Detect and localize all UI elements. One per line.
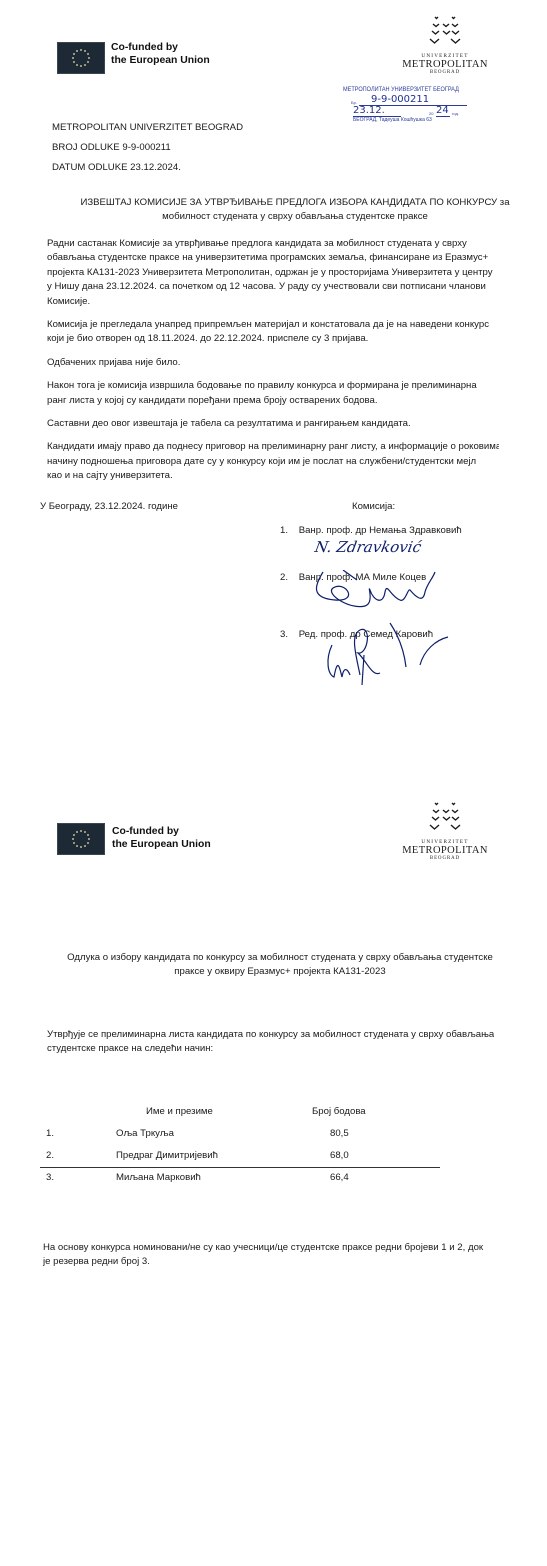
header-name: Име и презиме — [146, 1106, 213, 1117]
cell-points: 80,5 — [330, 1128, 349, 1139]
institution-name: METROPOLITAN UNIVERZITET BEOGRAD — [52, 121, 243, 136]
paragraph: Саставни део овог извештаја је табела са… — [47, 417, 499, 431]
cell-points: 66,4 — [330, 1172, 349, 1183]
decision-title-line1: Одлука о избору кандидата по конкурсу за… — [40, 951, 520, 965]
cell-name: Оља Тркуља — [116, 1128, 174, 1139]
member-name: Ванр. проф. др Немања Здравковић — [299, 525, 462, 536]
member-number: 1. — [280, 525, 288, 536]
intro-line2: студентске праксе на следећи начин: — [47, 1042, 494, 1056]
report-title: ИЗВЕШТАЈ КОМИСИЈЕ ЗА УТВРЂИВАЊЕ ПРЕДЛОГА… — [60, 196, 530, 224]
paragraph-line: Комисија је прегледала унапред припремље… — [47, 318, 499, 332]
cell-name: Миљана Марковић — [116, 1172, 201, 1183]
paragraph-line: ранг листа у којој су кандидати поређани… — [47, 394, 499, 408]
stamp-year-suffix: год. — [452, 111, 459, 116]
decision-conclusion: На основу конкурса номиновани/не су као … — [43, 1241, 483, 1270]
paragraph-line: као и на сајту универзитета. — [47, 469, 499, 483]
registry-stamp: МЕТРОПОЛИТАН УНИВЕРЗИТЕТ БЕОГРАД Бр. 9-9… — [343, 86, 483, 123]
paragraph: Након тога је комисија извршила бодовање… — [47, 379, 499, 408]
paragraph-line: Саставни део овог извештаја је табела са… — [47, 417, 499, 431]
decision-date: DATUM ODLUKE 23.12.2024. — [52, 161, 181, 176]
paragraph-line: начину подношења приговора дате су у кон… — [47, 455, 499, 469]
cell-num: 2. — [46, 1150, 54, 1161]
table-row: 2.Предраг Димитријевић68,0 — [44, 1150, 444, 1166]
report-title-line2: мобилност студената у сврху обављања сту… — [60, 210, 530, 224]
eu-flag-icon — [57, 823, 105, 855]
decision-title-line2: праксе у оквиру Еразмус+ пројекта КА131-… — [40, 965, 520, 979]
cell-points: 68,0 — [330, 1150, 349, 1161]
eu-text-line2: the European Union — [112, 839, 211, 852]
paragraph-line: у Нишу дана 23.12.2024. са почетком од 1… — [47, 280, 499, 294]
chevrons-icon — [415, 800, 475, 834]
eu-flag-icon — [57, 42, 105, 74]
member-number: 3. — [280, 629, 288, 640]
paragraph-line: обављања студентске праксе на универзите… — [47, 251, 499, 265]
paragraph: Комисија је прегледала унапред припремље… — [47, 318, 499, 347]
university-logo: UNIVERZITET METROPOLITAN BEOGRAD — [395, 800, 495, 861]
stamp-header: МЕТРОПОЛИТАН УНИВЕРЗИТЕТ БЕОГРАД — [343, 86, 469, 93]
eu-text-line2: the European Union — [111, 55, 210, 68]
signature-2 — [305, 570, 455, 620]
chevrons-icon — [415, 14, 475, 48]
table-row: 1.Оља Тркуља80,5 — [44, 1128, 444, 1144]
paragraph-line: Одбачених пријава није било. — [47, 356, 499, 370]
logo-city-text: BEOGRAD — [395, 856, 495, 861]
paragraph-line: који је био отворен од 18.11.2024. до 22… — [47, 332, 499, 346]
paragraph: Одбачених пријава није било. — [47, 356, 499, 370]
intro-line1: Утврђује се прелиминарна листа кандидата… — [47, 1028, 494, 1042]
cell-num: 3. — [46, 1172, 54, 1183]
nomination-cutoff-line — [40, 1167, 440, 1168]
stamp-year-prefix: 20 — [429, 111, 433, 116]
header-points: Број бодова — [312, 1106, 366, 1117]
report-body: Радни састанак Комисије за утврђивање пр… — [47, 237, 499, 484]
cell-name: Предраг Димитријевић — [116, 1150, 218, 1161]
signature-3 — [320, 615, 460, 695]
paragraph-line: Радни састанак Комисије за утврђивање пр… — [47, 237, 499, 251]
decision-intro: Утврђује се прелиминарна листа кандидата… — [47, 1028, 494, 1057]
paragraph: Кандидати имају право да поднесу пригово… — [47, 440, 499, 483]
committee-label: Комисија: — [352, 500, 395, 515]
signature-1: N. Zdravković — [313, 538, 422, 556]
university-logo: UNIVERZITET METROPOLITAN BEOGRAD — [395, 14, 495, 75]
logo-name-text: METROPOLITAN — [395, 59, 495, 70]
place-date: У Београду, 23.12.2024. године — [40, 500, 178, 515]
conclusion-line2: је резерва редни број 3. — [43, 1255, 483, 1269]
paragraph-line: Комисије. — [47, 295, 499, 309]
report-title-line1: ИЗВЕШТАЈ КОМИСИЈЕ ЗА УТВРЂИВАЊЕ ПРЕДЛОГА… — [60, 196, 530, 210]
stamp-date: 23.12. — [353, 105, 401, 117]
paragraph-line: пројекта КА131-2023 Универзитета Метропо… — [47, 266, 499, 280]
logo-city-text: BEOGRAD — [395, 70, 495, 75]
conclusion-line1: На основу конкурса номиновани/не су као … — [43, 1241, 483, 1255]
eu-text-line1: Co-funded by — [112, 826, 211, 839]
logo-name-text: METROPOLITAN — [395, 845, 495, 856]
paragraph-line: Кандидати имају право да поднесу пригово… — [47, 440, 499, 454]
stamp-address: БЕОГРАД, Тадеуша Кошћушка 63 — [343, 117, 483, 123]
decision-number: BROJ ODLUKE 9-9-000211 — [52, 141, 171, 156]
decision-title: Одлука о избору кандидата по конкурсу за… — [40, 951, 520, 979]
candidates-table: Име и презиме Број бодова 1.Оља Тркуља80… — [44, 1106, 444, 1190]
paragraph: Радни састанак Комисије за утврђивање пр… — [47, 237, 499, 309]
stamp-year: 24 — [436, 105, 450, 117]
committee-member-1: 1. Ванр. проф. др Немања Здравковић — [280, 524, 462, 539]
cell-num: 1. — [46, 1128, 54, 1139]
table-row: 3.Миљана Марковић66,4 — [44, 1172, 444, 1188]
eu-cofunded-text: Co-funded by the European Union — [112, 826, 211, 851]
paragraph-line: Након тога је комисија извршила бодовање… — [47, 379, 499, 393]
eu-text-line1: Co-funded by — [111, 42, 210, 55]
member-number: 2. — [280, 572, 288, 583]
eu-cofunded-text: Co-funded by the European Union — [111, 42, 210, 67]
